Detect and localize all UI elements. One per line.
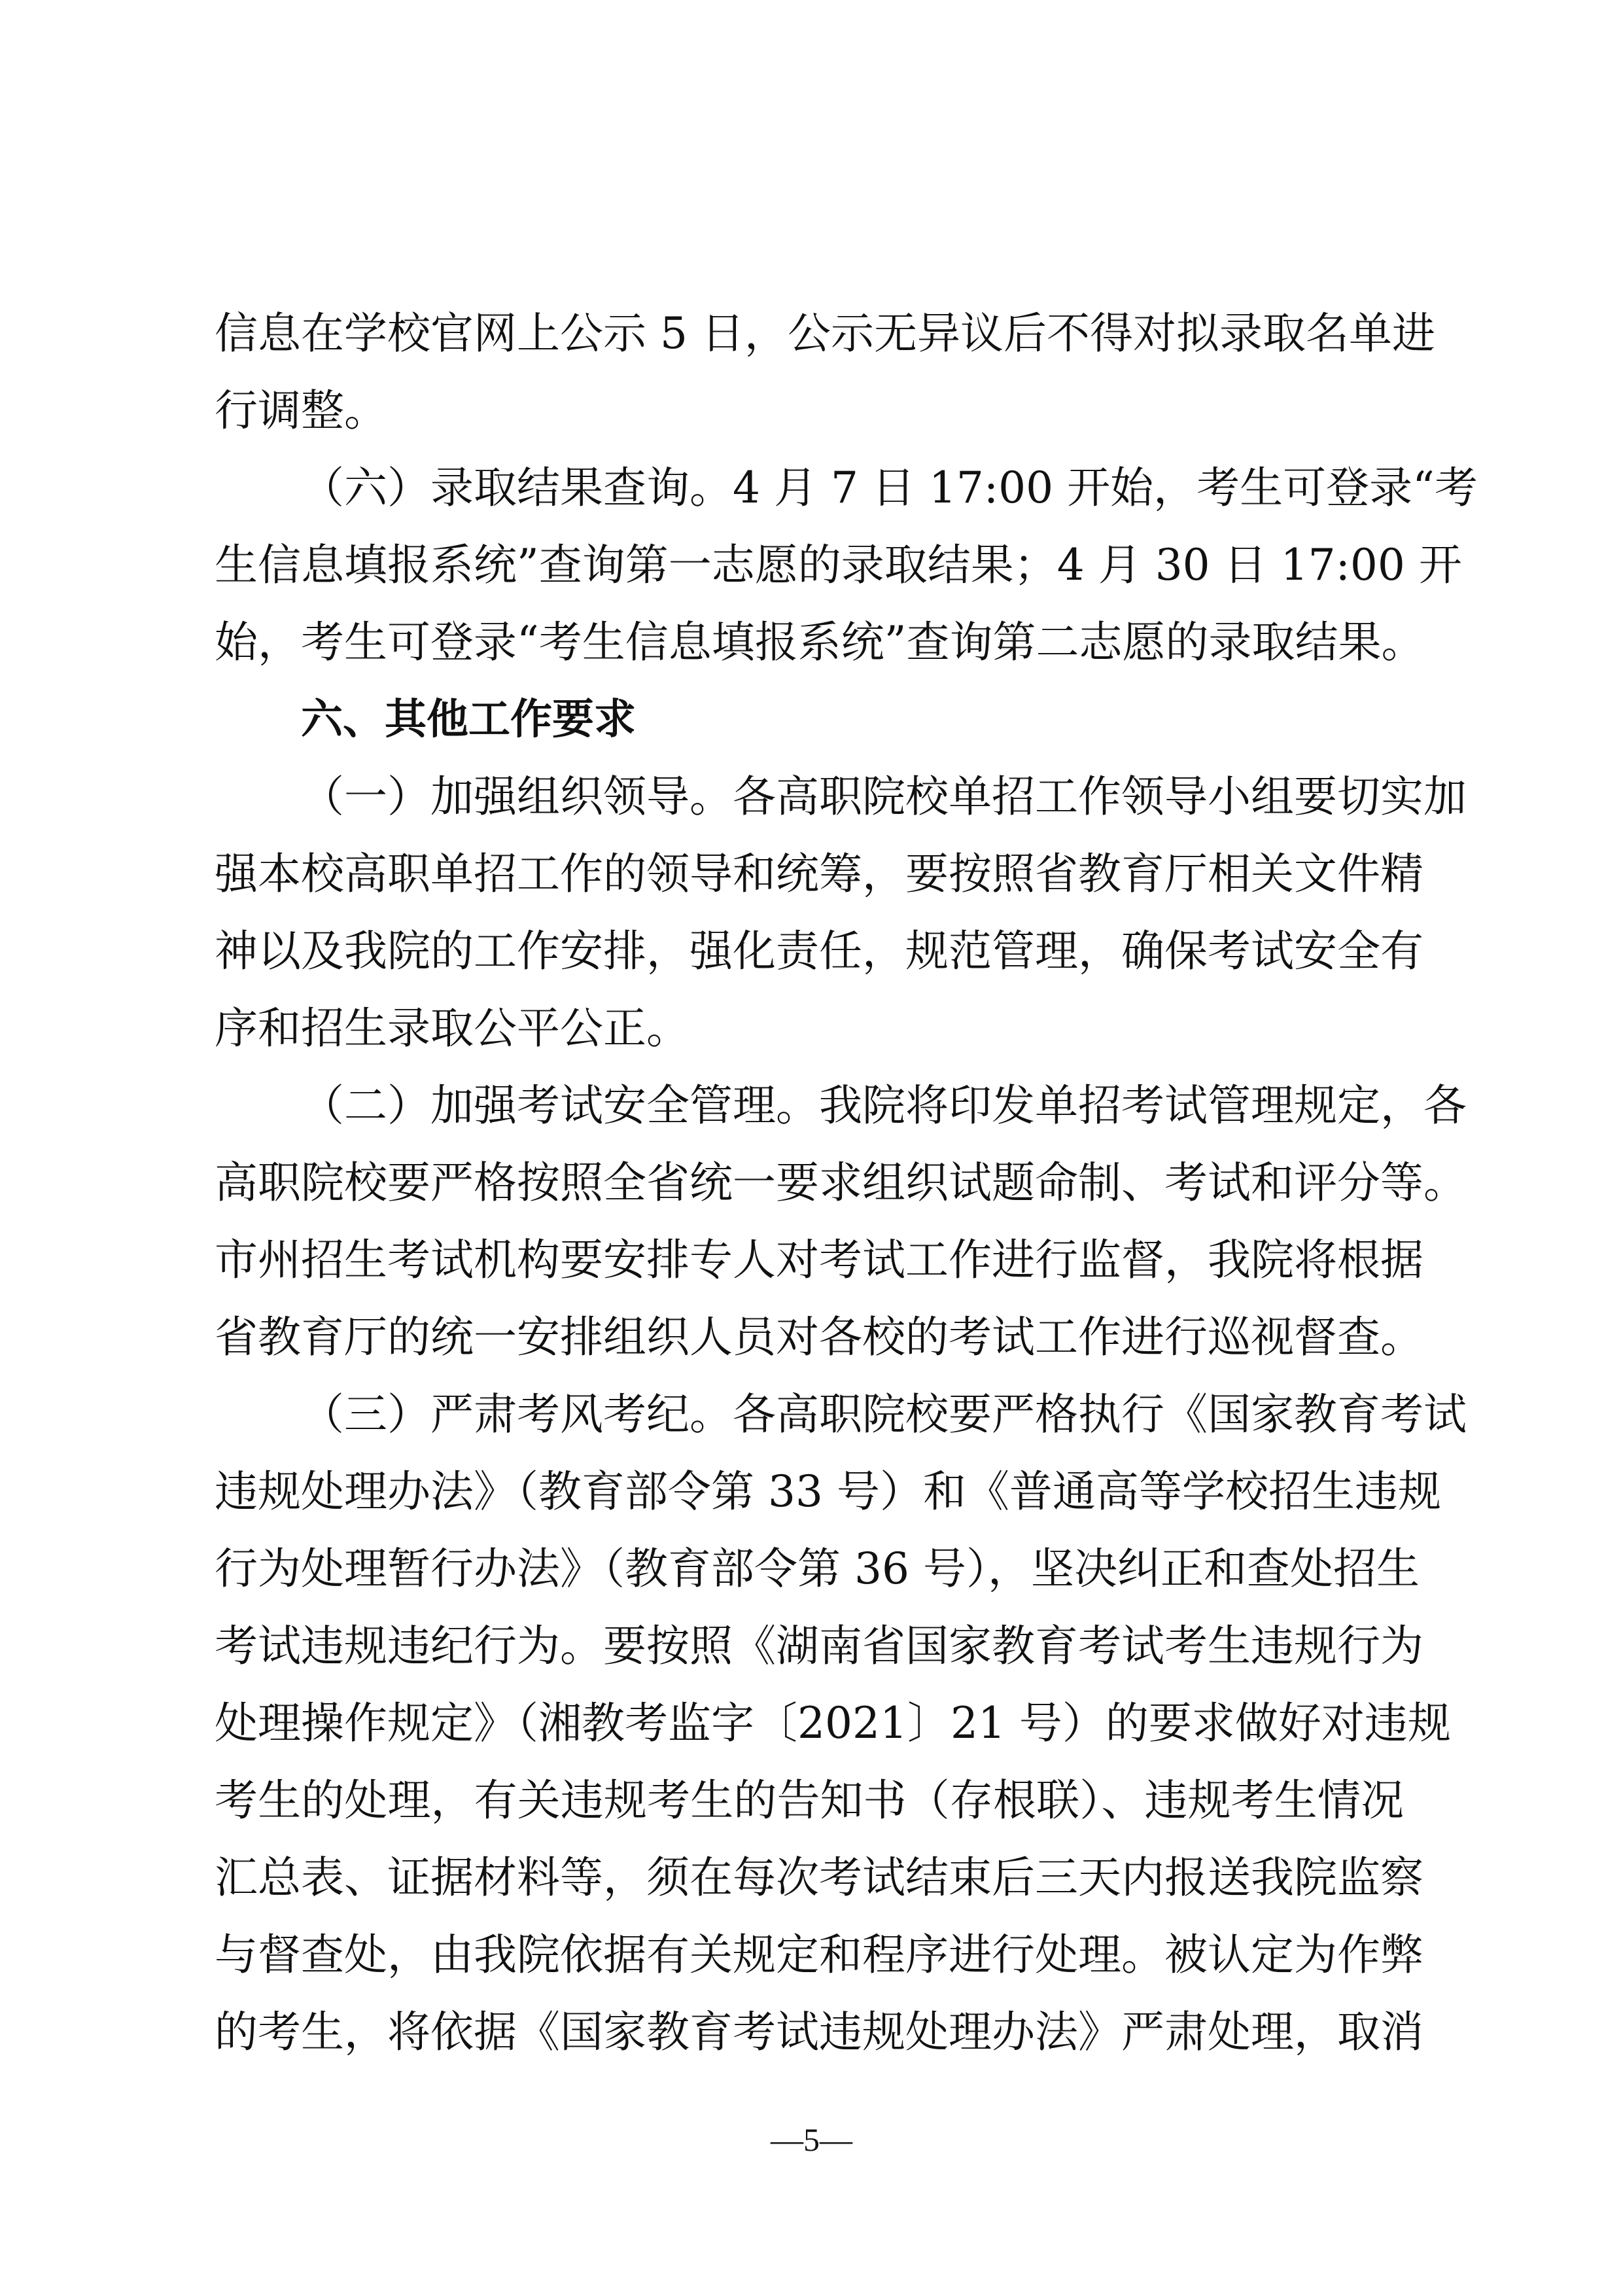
paragraph-line: （一）加强组织领导。各高职院校单招工作领导小组要切实加 [301, 768, 1404, 826]
page-number: —5— [0, 2120, 1623, 2159]
paragraph-line: 市州招生考试机构要安排专人对考试工作进行监督，我院将根据 [215, 1231, 1404, 1290]
paragraph-line: 处理操作规定》（湘教考监字〔2021〕21 号）的要求做好对违规 [215, 1694, 1404, 1753]
paragraph-line: 生信息填报系统”查询第一志愿的录取结果；4 月 30 日 17:00 开 [215, 536, 1404, 595]
document-page: 信息在学校官网上公示 5 日，公示无异议后不得对拟录取名单进 行调整。 （六）录… [0, 0, 1623, 2296]
paragraph-line: 与督查处，由我院依据有关规定和程序进行处理。被认定为作弊 [215, 1926, 1404, 1985]
paragraph-line: 考试违规违纪行为。要按照《湖南省国家教育考试考生违规行为 [215, 1617, 1404, 1676]
paragraph-line: 考生的处理，有关违规考生的告知书（存根联）、违规考生情况 [215, 1771, 1404, 1830]
paragraph-line: 行为处理暂行办法》（教育部令第 36 号），坚决纠正和查处招生 [215, 1540, 1404, 1598]
paragraph-line: （三）严肃考风考纪。各高职院校要严格执行《国家教育考试 [301, 1385, 1404, 1444]
paragraph-line: 神以及我院的工作安排，强化责任，规范管理，确保考试安全有 [215, 922, 1404, 981]
section-heading: 六、其他工作要求 [301, 690, 636, 749]
paragraph-line: 高职院校要严格按照全省统一要求组织试题命制、考试和评分等。 [215, 1154, 1404, 1212]
paragraph-line: 汇总表、证据材料等，须在每次考试结束后三天内报送我院监察 [215, 1848, 1404, 1907]
paragraph-line: 省教育厅的统一安排组织人员对各校的考试工作进行巡视督查。 [215, 1308, 1404, 1367]
paragraph-line: 违规处理办法》（教育部令第 33 号）和《普通高等学校招生违规 [215, 1462, 1404, 1521]
paragraph-line: （二）加强考试安全管理。我院将印发单招考试管理规定，各 [301, 1076, 1404, 1135]
paragraph-line: 行调整。 [215, 381, 387, 440]
paragraph-line: 强本校高职单招工作的领导和统筹，要按照省教育厅相关文件精 [215, 845, 1404, 904]
paragraph-line: 信息在学校官网上公示 5 日，公示无异议后不得对拟录取名单进 [215, 304, 1404, 363]
paragraph-line: 始，考生可登录“考生信息填报系统”查询第二志愿的录取结果。 [215, 613, 1404, 672]
paragraph-line: 的考生，将依据《国家教育考试违规处理办法》严肃处理，取消 [215, 2003, 1404, 2062]
paragraph-line: （六）录取结果查询。4 月 7 日 17:00 开始，考生可登录“考 [301, 459, 1404, 518]
paragraph-line: 序和招生录取公平公正。 [215, 999, 689, 1058]
